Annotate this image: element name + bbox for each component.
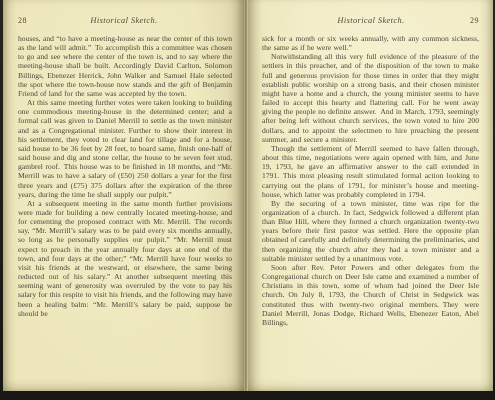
running-header-left: Historical Sketch. <box>44 16 204 25</box>
page-body-right: sick for a month or six weeks annually, … <box>248 25 493 327</box>
book-spread: 28 Historical Sketch. houses, and “to ha… <box>0 0 495 400</box>
page-header-left: 28 Historical Sketch. <box>3 0 244 25</box>
page-left: 28 Historical Sketch. houses, and “to ha… <box>3 0 244 391</box>
paragraph-right-1: sick for a month or six weeks annually, … <box>262 34 479 52</box>
page-body-left: houses, and “to have a meeting-house as … <box>3 25 244 318</box>
paragraph-left-3: At a subsequent meeting in the same mont… <box>18 199 232 318</box>
paragraph-right-4: By the securing of a town minister, time… <box>262 199 479 263</box>
page-number-right: 29 <box>453 16 479 25</box>
paragraph-right-5: Soon after Rev. Peter Powers and other d… <box>262 263 479 327</box>
page-right: Historical Sketch. 29 sick for a month o… <box>248 0 493 391</box>
paragraph-left-2: At this same meeting further votes were … <box>18 98 232 199</box>
running-header-right: Historical Sketch. <box>289 16 453 25</box>
paragraph-left-1: houses, and “to have a meeting-house as … <box>18 34 232 98</box>
paragraph-right-2: Notwithstanding all this very full evide… <box>262 52 479 144</box>
paragraph-right-3: Though the settlement of Merrill seemed … <box>262 144 479 199</box>
page-number-left: 28 <box>18 16 44 25</box>
page-header-right: Historical Sketch. 29 <box>248 0 493 25</box>
